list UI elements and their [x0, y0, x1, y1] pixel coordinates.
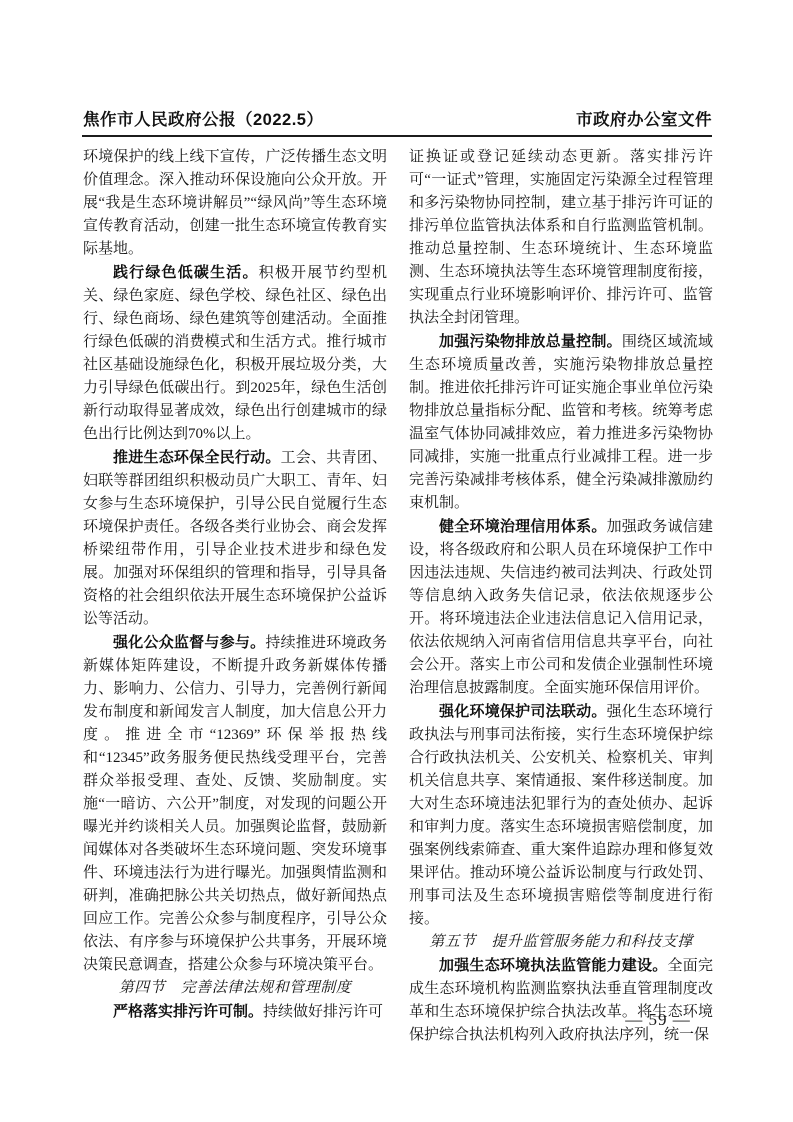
paragraph-lead: 推进生态环保全民行动。	[113, 449, 281, 466]
content-columns: 环境保护的线上线下宣传，广泛传播生态文明价值理念。深入推动环保设施向公众开放。开…	[83, 146, 713, 1047]
paragraph-lead: 强化环境保护司法联动。	[439, 703, 607, 720]
gazette-page: 焦作市人民政府公报（2022.5） 市政府办公室文件 环境保护的线上线下宣传，广…	[0, 0, 793, 1122]
paragraph: 强化公众监督与参与。持续推进环境政务新媒体矩阵建设，不断提升政务新媒体传播力、影…	[83, 631, 387, 977]
paragraph: 健全环境治理信用体系。加强政务诚信建设，将各级政府和公职人员在环境保护工作中因违…	[409, 515, 713, 700]
section-heading: 第四节 完善法律法规和管理制度	[83, 977, 387, 1000]
paragraph-lead: 严格落实排污许可制。	[113, 1003, 263, 1020]
paragraph: 践行绿色低碳生活。积极开展节约型机关、绿色家庭、绿色学校、绿色社区、绿色出行、绿…	[83, 261, 387, 446]
paragraph-lead: 践行绿色低碳生活。	[113, 264, 259, 281]
paragraph: 加强生态环境执法监管能力建设。全面完成生态环境机构监测监察执法垂直管理制度改革和…	[409, 954, 713, 1047]
paragraph-lead: 强化公众监督与参与。	[113, 634, 265, 651]
column-right: 证换证或登记延续动态更新。落实排污许可“一证式”管理，实施固定污染源全过程管理和…	[409, 146, 713, 1047]
header-rule	[82, 135, 712, 137]
section-heading: 第五节 提升监管服务能力和科技支撑	[409, 931, 713, 954]
page-number: — 59 —	[593, 1010, 723, 1030]
column-left: 环境保护的线上线下宣传，广泛传播生态文明价值理念。深入推动环保设施向公众开放。开…	[83, 146, 387, 1047]
page-header: 焦作市人民政府公报（2022.5） 市政府办公室文件	[83, 106, 712, 130]
paragraph: 强化环境保护司法联动。强化生态环境行政执法与刑事司法衔接，实行生态环境保护综合行…	[409, 700, 713, 931]
paragraph-lead: 加强污染物排放总量控制。	[439, 333, 622, 350]
paragraph-lead: 加强生态环境执法监管能力建设。	[439, 957, 668, 974]
paragraph: 加强污染物排放总量控制。围绕区域流域生态环境质量改善，实施污染物排放总量控制。推…	[409, 330, 713, 515]
paragraph: 环境保护的线上线下宣传，广泛传播生态文明价值理念。深入推动环保设施向公众开放。开…	[83, 146, 387, 261]
paragraph: 证换证或登记延续动态更新。落实排污许可“一证式”管理，实施固定污染源全过程管理和…	[409, 146, 713, 330]
header-right-title: 市政府办公室文件	[576, 106, 712, 130]
paragraph-lead: 健全环境治理信用体系。	[439, 518, 607, 535]
header-left-title: 焦作市人民政府公报（2022.5）	[83, 106, 323, 130]
paragraph: 推进生态环保全民行动。工会、共青团、妇联等群团组织积极动员广大职工、青年、妇女参…	[83, 446, 387, 631]
paragraph: 严格落实排污许可制。持续做好排污许可	[83, 1000, 387, 1024]
